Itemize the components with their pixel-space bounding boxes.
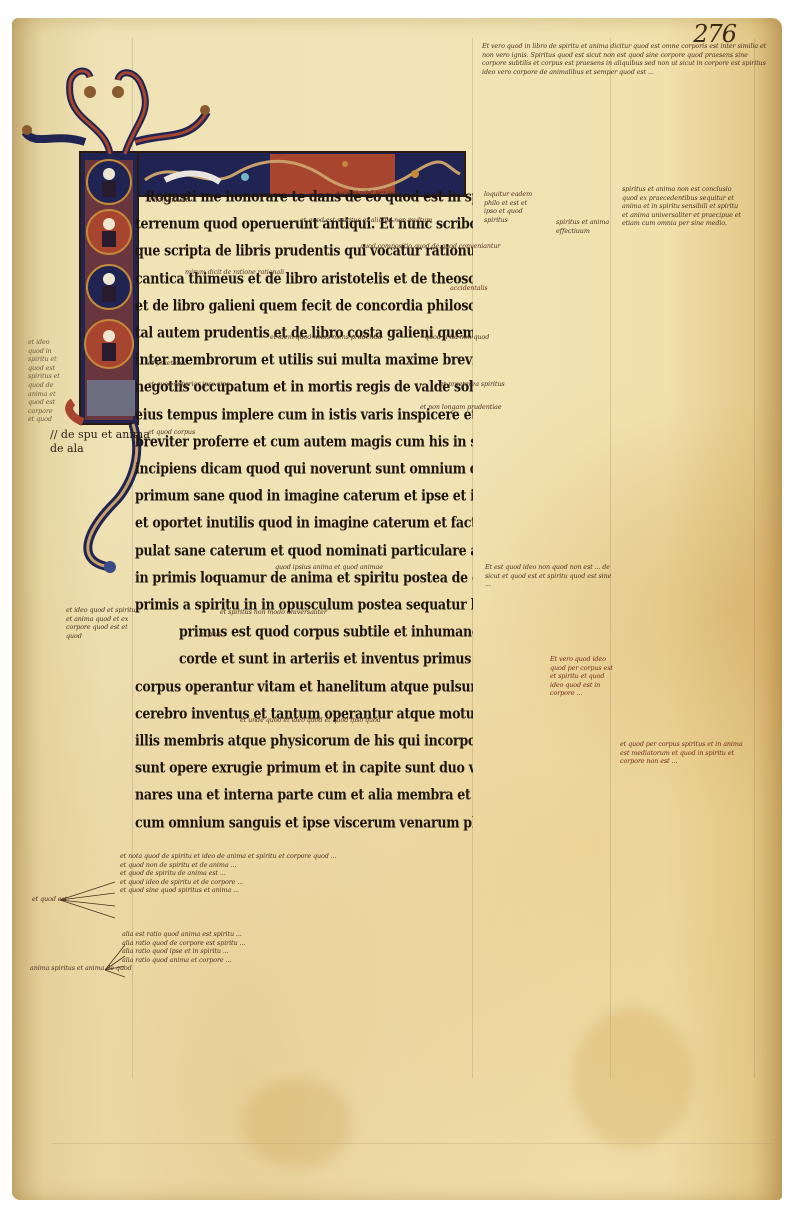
diagram-branch: et quod ideo de spiritu et de corpore ..… [120,878,720,887]
interlinear-gloss: a homine est [148,196,188,205]
interlinear-gloss: mirum dicit de ratione rationali [185,268,284,277]
diagram-branches-2: alia est ratio quod anima est spiritu ..… [122,930,582,964]
interlinear-gloss: et praeterea spiritus [440,380,505,389]
diagram-label: et quod est [32,895,67,904]
marginal-note-mid-1: loquitur eadem philo et est et ipso et q… [484,190,539,224]
interlinear-gloss: et idem quod nobis mens prudentia [270,333,382,342]
main-text-column: Rogasti me honorare te dans de eo quod e… [135,183,473,836]
text-line: que scripta de libris prudentis qui voca… [135,235,473,266]
interlinear-gloss: et unde quod et ideo quod et quod ipso q… [240,716,381,725]
interlinear-gloss: et quod est spiritus et aliquid non mult… [300,216,432,225]
diagram-branch: et quod de spiritu de anima est ... [120,869,720,878]
interlinear-gloss: quod compositio quod de quod conveniantu… [360,242,500,251]
marginal-note-right-lower-2: Et vero quod ideo quod per corpus est et… [550,655,615,698]
diagram-branch: et nota quod de spiritu et ideo de anima… [120,852,720,861]
diagram-label: anima spiritus et anima de quod [30,964,132,973]
ruling-line [52,1143,772,1144]
diagram-branch: alia est ratio quod anima est spiritu ..… [122,930,582,939]
water-stain [242,1078,352,1168]
interlinear-gloss: et quod superior ipso sine [148,380,230,389]
interlinear-gloss: quod si nihil per nos [335,189,399,198]
interlinear-gloss: quod ipsius anima et quod animae [275,563,383,572]
interlinear-gloss: et spiritus non modo universaliter [220,608,327,617]
marginal-note-mid-2: spiritus et anima effectiuum [556,218,616,235]
marginal-note-top-right: Et vero quod in libro de spiritu et anim… [482,42,772,76]
diagram-branch: et quod non de spiritu et de anima ... [120,861,720,870]
ruling-line [754,38,755,1078]
marginal-note-left-lower: et ideo quod et spiritu et anima quod et… [66,606,136,640]
ruling-line [610,38,611,1078]
interlinear-gloss: et plus [200,630,221,639]
water-stain [572,1008,692,1148]
diagram-branch: alia ratio quod de corpore est spiritu .… [122,939,582,948]
diagram-branches-1: et nota quod de spiritu et ideo de anima… [120,852,720,895]
text-line: cum omnium sanguis et ipse viscerum vena… [135,807,473,838]
interlinear-gloss: accidentalis [450,284,488,293]
diagram-branch: et quod sine quod spiritus et anima ... [120,886,720,895]
interlinear-gloss: et quod corpus [148,428,195,437]
diagram-branch: alia ratio quod anima et corpore ... [122,956,582,965]
diagram-branch: alia ratio quod ipse et in spiritu ... [122,947,582,956]
marginal-note-right-lower-1: Et est quod ideo non quod non est ... de… [485,563,615,589]
interlinear-gloss: quod si ita non quod [425,333,489,342]
marginal-note-right-bottom: et quod per corpus spiritus et in anima … [620,740,745,766]
marginal-note-right-column: spiritus et anima non est conclusio quod… [622,185,742,228]
marginal-note-left-upper: et ideo quod in spiritu et quod est spir… [28,338,60,424]
interlinear-gloss: et non longam prudentiae [420,403,502,412]
interlinear-gloss: et praeterea [148,359,187,368]
